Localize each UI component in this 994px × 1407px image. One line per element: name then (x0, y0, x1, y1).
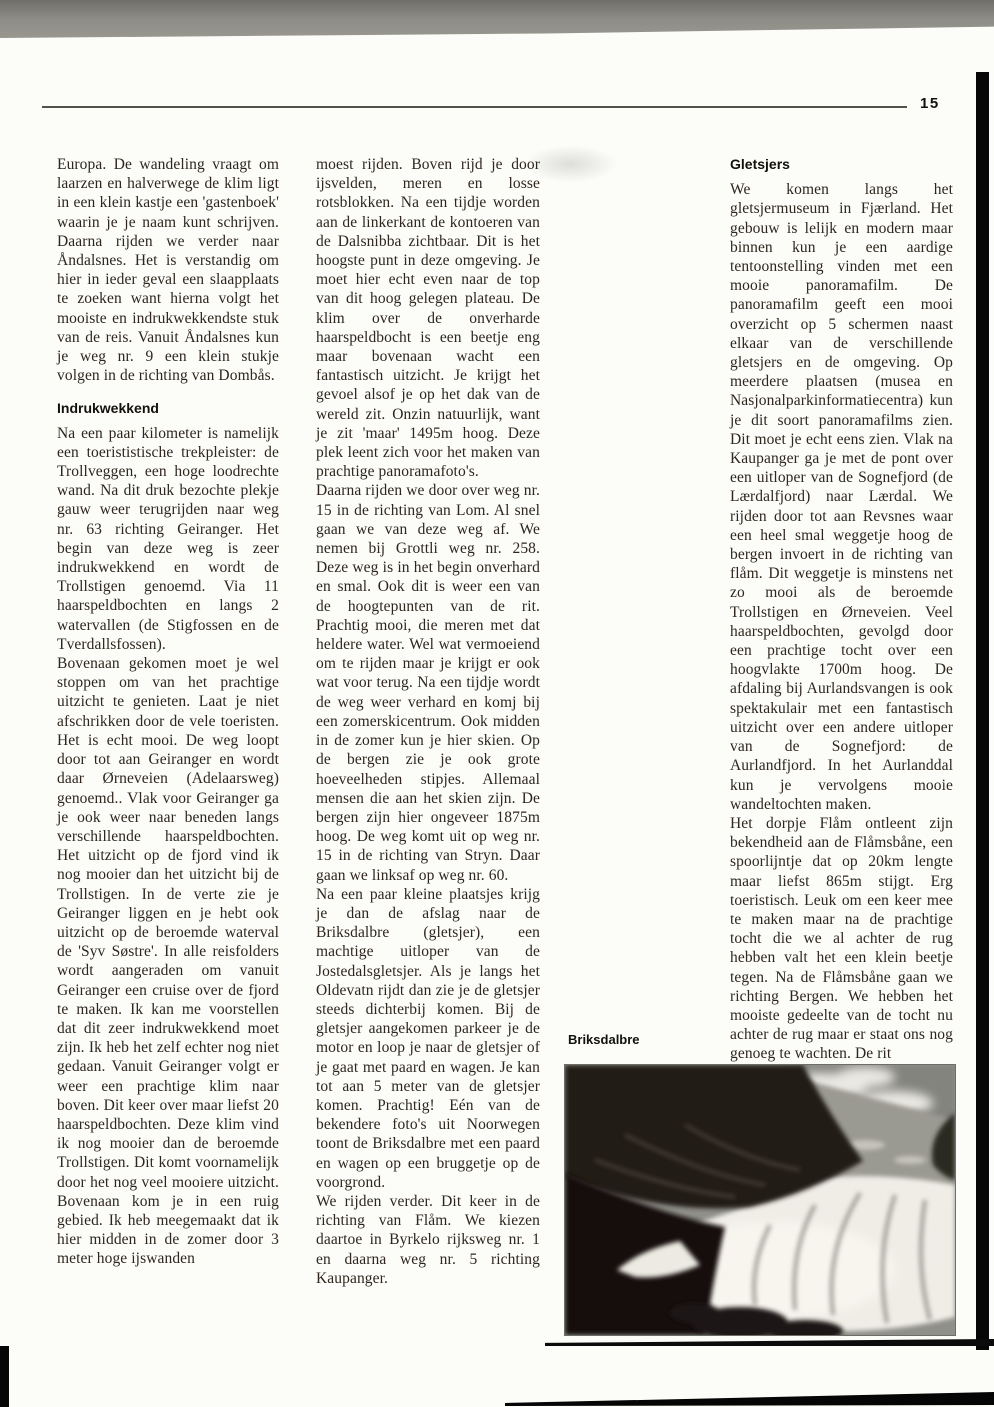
column-left: Europa. De wandeling vraagt om laarzen e… (57, 155, 279, 1269)
scan-artifact-line (545, 1339, 994, 1346)
scan-edge-top (0, 0, 994, 38)
scanned-magazine-page: 15 Europa. De wandeling vraagt om laarze… (0, 0, 994, 1407)
scan-edge-right (976, 72, 989, 1350)
scan-artifact-bottom-left (0, 1346, 9, 1407)
paragraph: We komen langs het gletsjermuseum in Fjæ… (730, 180, 953, 814)
photo-caption: Briksdalbre (568, 1032, 640, 1047)
column-middle: moest rijden. Boven rijd je door ijsveld… (316, 155, 540, 1288)
briksdalbre-photo (565, 1065, 955, 1335)
scan-artifact-bottom-wedge (505, 1389, 994, 1407)
paragraph: Het dorpje Flåm ontleent zijn bekendheid… (730, 814, 953, 1064)
glacier-photo-illustration (565, 1065, 955, 1335)
paragraph: We rijden verder. Dit keer in de richtin… (316, 1192, 540, 1288)
page-number: 15 (920, 95, 940, 112)
paragraph: Daarna rijden we door over weg nr. 15 in… (316, 481, 540, 884)
section-heading-gletsjers: Gletsjers (730, 155, 953, 174)
section-heading-indrukwekkend: Indrukwekkend (57, 399, 279, 418)
paragraph: Europa. De wandeling vraagt om laarzen e… (57, 155, 279, 385)
paragraph: Na een paar kilometer is namelijk een to… (57, 424, 279, 654)
column-right: Gletsjers We komen langs het gletsjermus… (730, 155, 953, 1064)
paragraph: Bovenaan gekomen moet je wel stoppen om … (57, 654, 279, 1269)
paragraph: moest rijden. Boven rijd je door ijsveld… (316, 155, 540, 481)
header-rule (42, 106, 907, 108)
paragraph: Na een paar kleine plaatsjes krijg je da… (316, 885, 540, 1192)
